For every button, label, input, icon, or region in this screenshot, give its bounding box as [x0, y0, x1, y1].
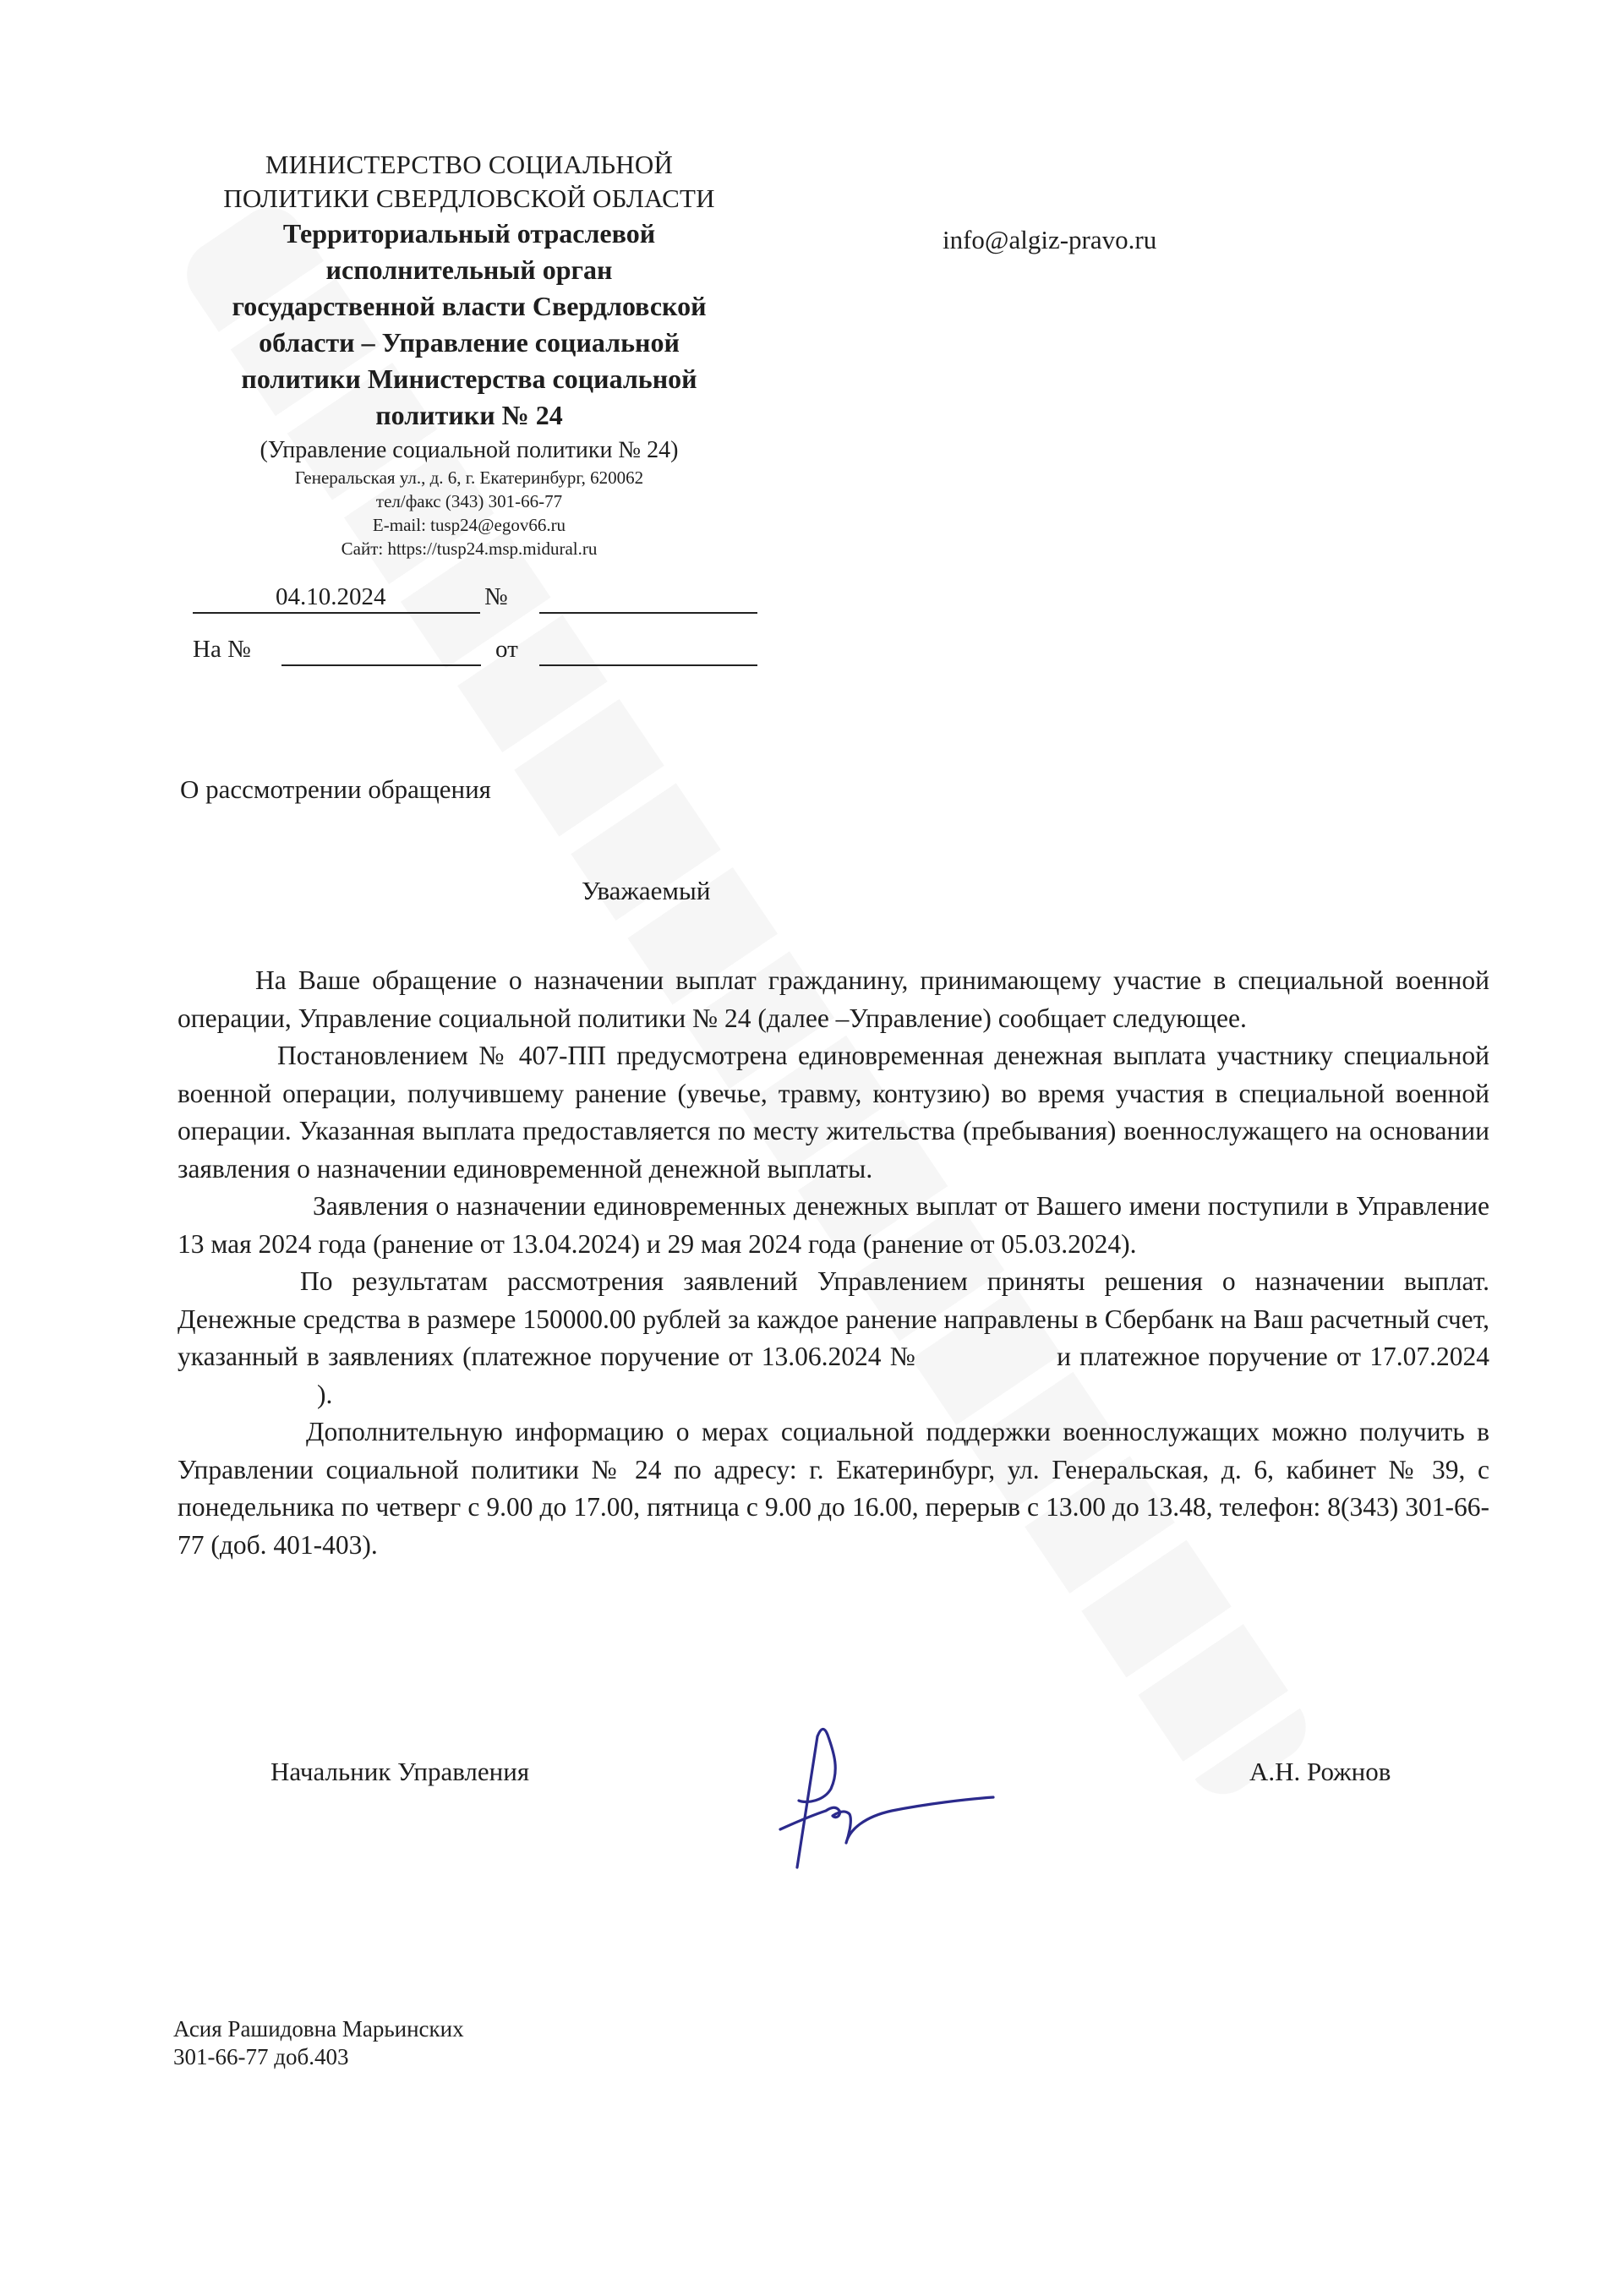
- org-email: E-mail: tusp24@egov66.ru: [190, 513, 748, 537]
- ref-date-label: от: [495, 636, 518, 664]
- body-paragraph-4: По результатам рассмотрения заявлений Уп…: [178, 1263, 1489, 1413]
- letter-body: На Ваше обращение о назначении выплат гр…: [178, 962, 1489, 1564]
- body-paragraph-5: Дополнительную информацию о мерах социал…: [178, 1413, 1489, 1564]
- executor-phone: 301-66-77 доб.403: [173, 2043, 464, 2071]
- body-paragraph-2: Постановлением № 407-ПП предусмотрена ед…: [178, 1037, 1489, 1188]
- number-underline: [539, 583, 757, 614]
- letter-date: 04.10.2024: [276, 583, 386, 611]
- org-address: Генеральская ул., д. 6, г. Екатеринбург,…: [190, 466, 748, 489]
- signatory-name: А.Н. Рожнов: [1249, 1757, 1391, 1787]
- body-paragraph-1: На Ваше обращение о назначении выплат гр…: [178, 962, 1489, 1037]
- registration-date-row: 04.10.2024 №: [193, 583, 759, 617]
- number-label: №: [484, 583, 508, 611]
- ministry-name-line-1: МИНИСТЕРСТВО СОЦИАЛЬНОЙ: [190, 148, 748, 182]
- letter-subject: О рассмотрении обращения: [180, 774, 491, 805]
- recipient-email: info@algiz-pravo.ru: [943, 225, 1156, 255]
- handwritten-signature-icon: [765, 1719, 1010, 1872]
- org-name-line-3: государственной власти Свердловской: [190, 288, 748, 325]
- ref-number-label: На №: [193, 636, 251, 664]
- letter-page: МИНИСТЕРСТВО СОЦИАЛЬНОЙ ПОЛИТИКИ СВЕРДЛО…: [0, 0, 1623, 2296]
- ministry-name-line-2: ПОЛИТИКИ СВЕРДЛОВСКОЙ ОБЛАСТИ: [190, 182, 748, 216]
- org-name-line-6: политики № 24: [190, 397, 748, 434]
- signature-block: Начальник Управления А.Н. Рожнов: [0, 1753, 1623, 1880]
- org-phone: тел/факс (343) 301-66-77: [190, 489, 748, 513]
- reference-row: На № от: [193, 636, 759, 670]
- body-paragraph-3: Заявления о назначении единовременных де…: [178, 1188, 1489, 1263]
- executor-name: Асия Рашидовна Марьинских: [173, 2015, 464, 2043]
- org-name-line-4: области – Управление социальной: [190, 325, 748, 361]
- executor-info: Асия Рашидовна Марьинских 301-66-77 доб.…: [173, 2015, 464, 2071]
- signatory-title: Начальник Управления: [270, 1757, 529, 1787]
- letterhead: МИНИСТЕРСТВО СОЦИАЛЬНОЙ ПОЛИТИКИ СВЕРДЛО…: [190, 148, 748, 560]
- org-short-name: (Управление социальной политики № 24): [190, 435, 748, 466]
- org-name-line-1: Территориальный отраслевой: [190, 216, 748, 252]
- salutation: Уважаемый: [582, 876, 710, 906]
- ref-date-underline: [539, 636, 757, 666]
- org-name-line-5: политики Министерства социальной: [190, 361, 748, 397]
- org-name-line-2: исполнительный орган: [190, 252, 748, 288]
- paragraph-4-text-c: ).: [317, 1380, 332, 1409]
- org-website: Сайт: https://tusp24.msp.midural.ru: [190, 537, 748, 560]
- ref-number-underline: [281, 636, 481, 666]
- paragraph-4-text-b: и платежное поручение от 17.07.2024: [1057, 1342, 1489, 1371]
